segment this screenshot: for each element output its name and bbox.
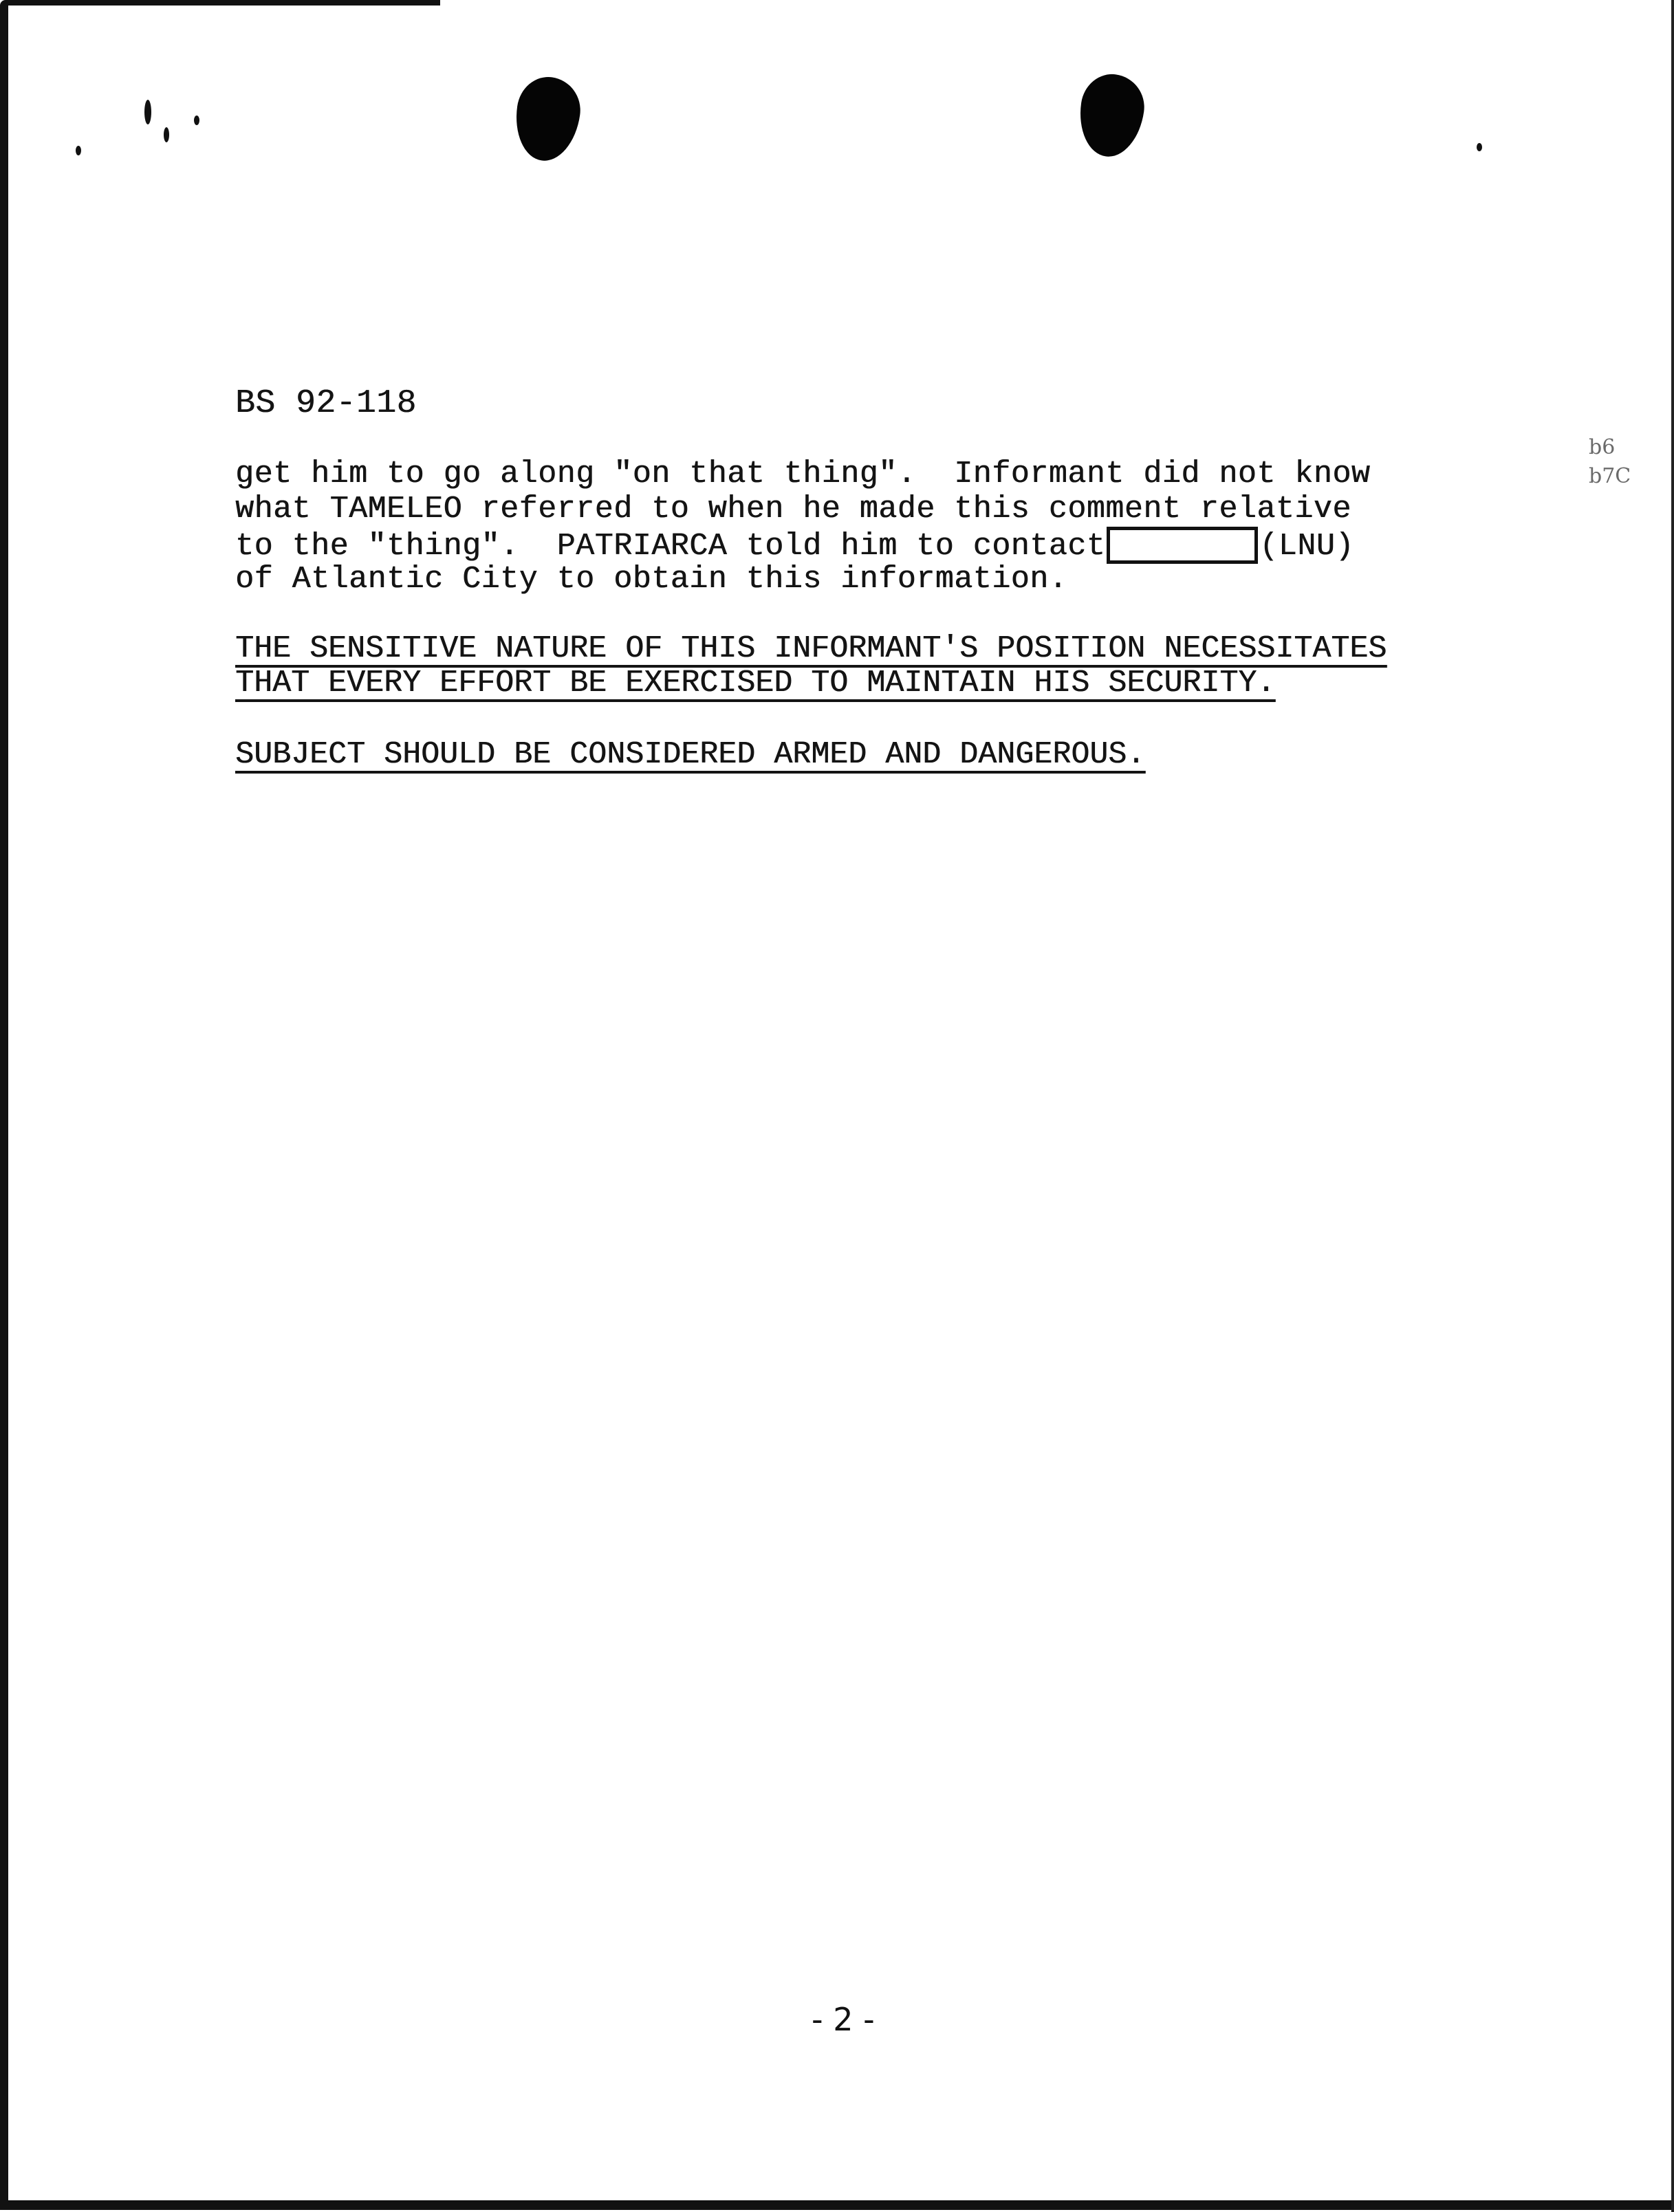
scan-border-right	[1671, 0, 1674, 2212]
underlined-text: THAT EVERY EFFORT BE EXERCISED TO MAINTA…	[235, 666, 1275, 701]
paragraph-line: of Atlantic City to obtain this informat…	[235, 562, 1067, 597]
paragraph-text: to the "thing". PATRIARCA told him to co…	[235, 529, 1105, 564]
paragraph-text: (LNU)	[1259, 529, 1354, 564]
exemption-code: b7C	[1589, 462, 1631, 491]
underlined-text: THE SENSITIVE NATURE OF THIS INFORMANT'S…	[235, 631, 1387, 666]
underlined-text: SUBJECT SHOULD BE CONSIDERED ARMED AND D…	[235, 737, 1145, 772]
paragraph-line: what TAMELEO referred to when he made th…	[235, 492, 1351, 527]
scan-border-left	[0, 6, 8, 2206]
scan-speck	[194, 116, 199, 125]
scan-border-top	[0, 0, 440, 6]
paragraph-line: get him to go along "on that thing". Inf…	[235, 457, 1370, 492]
security-warning-line: THAT EVERY EFFORT BE EXERCISED TO MAINTA…	[235, 666, 1275, 701]
scan-speck	[1477, 143, 1482, 151]
page-number: - 2 -	[812, 2001, 875, 2038]
paragraph-line: to the "thing". PATRIARCA told him to co…	[235, 527, 1354, 564]
redaction-box	[1107, 527, 1258, 564]
scan-border-bottom	[0, 2200, 1674, 2210]
foia-exemption-codes: b6 b7C	[1589, 433, 1631, 491]
punch-hole-icon	[1074, 70, 1149, 161]
scan-speck	[144, 100, 151, 124]
scan-speck	[164, 127, 169, 142]
exemption-code: b6	[1589, 433, 1631, 462]
punch-hole-icon	[510, 73, 585, 165]
scan-speck	[76, 146, 81, 155]
document-page: BS 92-118 get him to go along "on that t…	[0, 0, 1674, 2212]
armed-dangerous-warning: SUBJECT SHOULD BE CONSIDERED ARMED AND D…	[235, 737, 1145, 772]
file-number: BS 92-118	[235, 385, 417, 422]
security-warning-line: THE SENSITIVE NATURE OF THIS INFORMANT'S…	[235, 631, 1387, 666]
